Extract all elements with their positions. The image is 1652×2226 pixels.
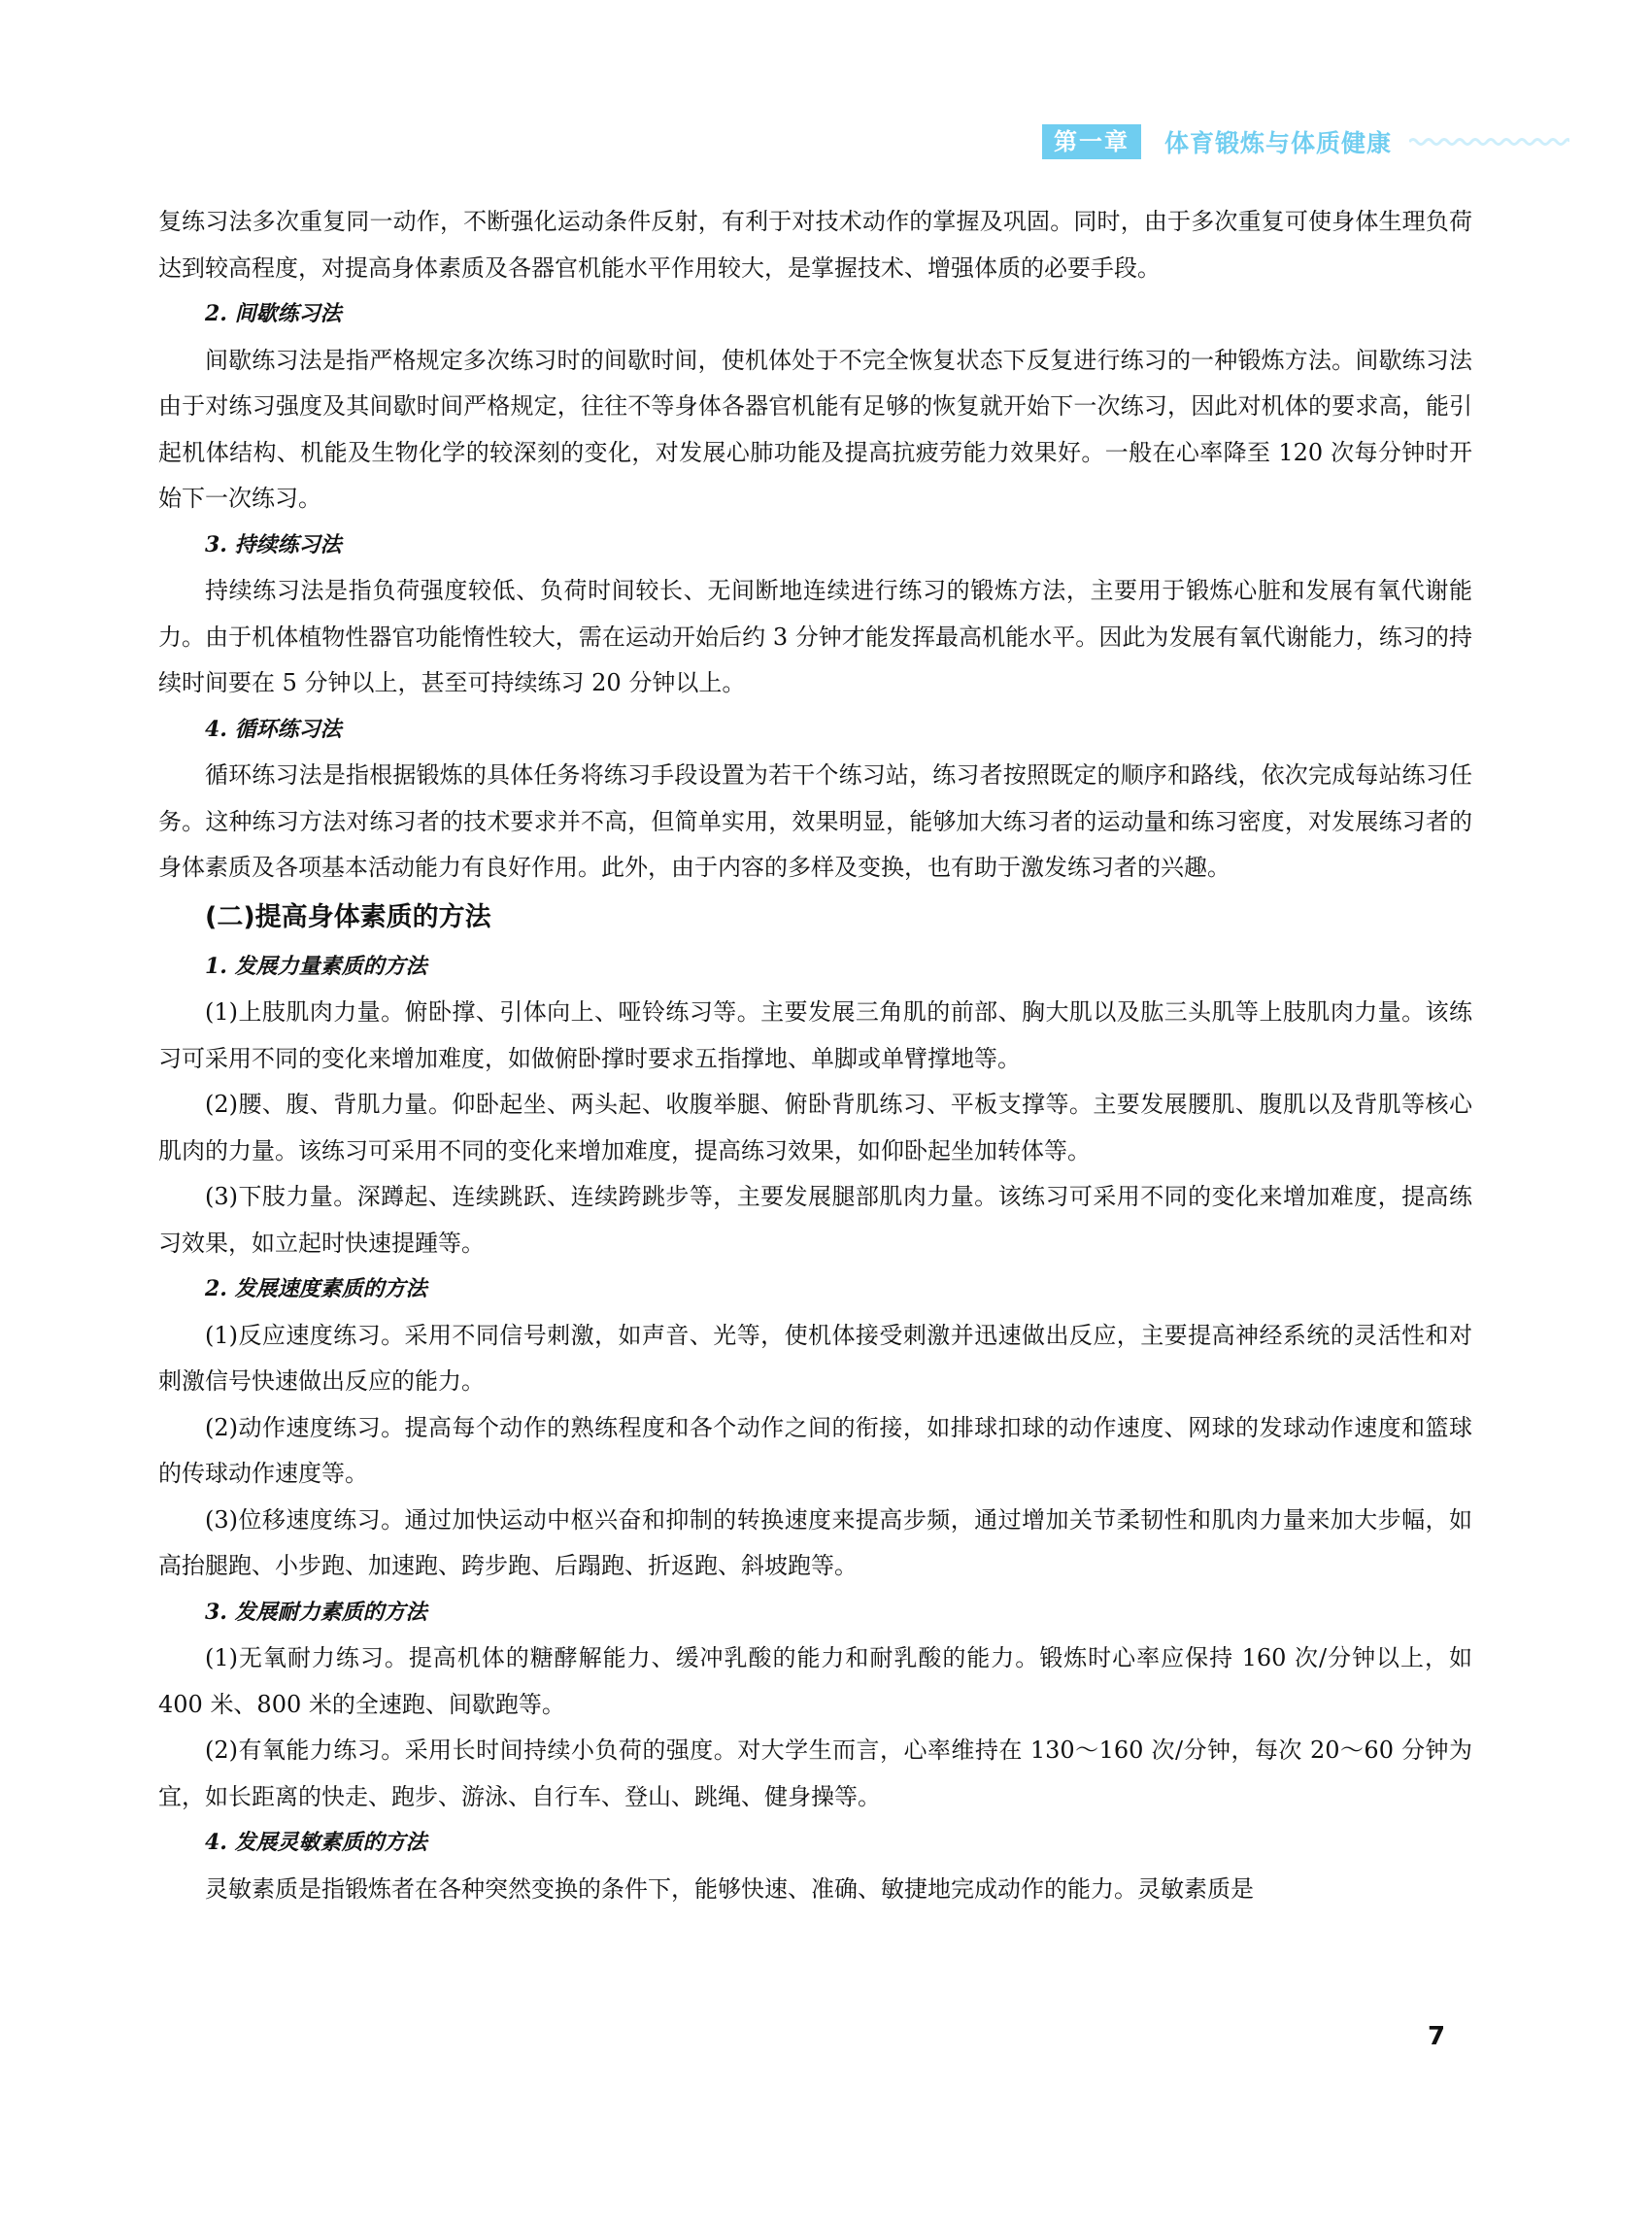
paragraph: (3)下肢力量。深蹲起、连续跳跃、连续跨跳步等，主要发展腿部肌肉力量。该练习可采… <box>158 1174 1472 1266</box>
subsection-heading: 3. 发展耐力素质的方法 <box>158 1590 1472 1636</box>
paragraph: 持续练习法是指负荷强度较低、负荷时间较长、无间断地连续进行练习的锻炼方法，主要用… <box>158 568 1472 707</box>
paragraph: (2)腰、腹、背肌力量。仰卧起坐、两头起、收腹举腿、俯卧背肌练习、平板支撑等。主… <box>158 1082 1472 1174</box>
paragraph: 间歇练习法是指严格规定多次练习时的间歇时间，使机体处于不完全恢复状态下反复进行练… <box>158 338 1472 523</box>
paragraph: 复练习法多次重复同一动作，不断强化运动条件反射，有利于对技术动作的掌握及巩固。同… <box>158 199 1472 291</box>
paragraph: (1)无氧耐力练习。提高机体的糖酵解能力、缓冲乳酸的能力和耐乳酸的能力。锻炼时心… <box>158 1636 1472 1728</box>
paragraph: (3)位移速度练习。通过加快运动中枢兴奋和抑制的转换速度来提高步频，通过增加关节… <box>158 1498 1472 1590</box>
wave-decoration-icon <box>1409 136 1569 148</box>
paragraph: (2)动作速度练习。提高每个动作的熟练程度和各个动作之间的衔接，如排球扣球的动作… <box>158 1405 1472 1498</box>
paragraph: 灵敏素质是指锻炼者在各种突然变换的条件下，能够快速、准确、敏捷地完成动作的能力。… <box>158 1867 1472 1913</box>
page-body: 复练习法多次重复同一动作，不断强化运动条件反射，有利于对技术动作的掌握及巩固。同… <box>158 199 1472 1912</box>
subsection-heading: 1. 发展力量素质的方法 <box>158 944 1472 991</box>
chapter-title: 体育锻炼与体质健康 <box>1164 124 1392 159</box>
subsection-heading: 2. 发展速度素质的方法 <box>158 1266 1472 1313</box>
subsection-heading: 3. 持续练习法 <box>158 523 1472 569</box>
paragraph: (1)上肢肌肉力量。俯卧撑、引体向上、哑铃练习等。主要发展三角肌的前部、胸大肌以… <box>158 990 1472 1082</box>
page-number: 7 <box>1428 2022 1445 2051</box>
running-header: 第一章 体育锻炼与体质健康 <box>1042 124 1569 159</box>
section-heading: (二)提高身体素质的方法 <box>158 892 1472 944</box>
chapter-label: 第一章 <box>1042 124 1141 159</box>
subsection-heading: 2. 间歇练习法 <box>158 291 1472 338</box>
paragraph: (1)反应速度练习。采用不同信号刺激，如声音、光等，使机体接受刺激并迅速做出反应… <box>158 1313 1472 1405</box>
paragraph: 循环练习法是指根据锻炼的具体任务将练习手段设置为若干个练习站，练习者按照既定的顺… <box>158 753 1472 892</box>
subsection-heading: 4. 循环练习法 <box>158 707 1472 754</box>
paragraph: (2)有氧能力练习。采用长时间持续小负荷的强度。对大学生而言，心率维持在 130… <box>158 1728 1472 1820</box>
subsection-heading: 4. 发展灵敏素质的方法 <box>158 1820 1472 1867</box>
